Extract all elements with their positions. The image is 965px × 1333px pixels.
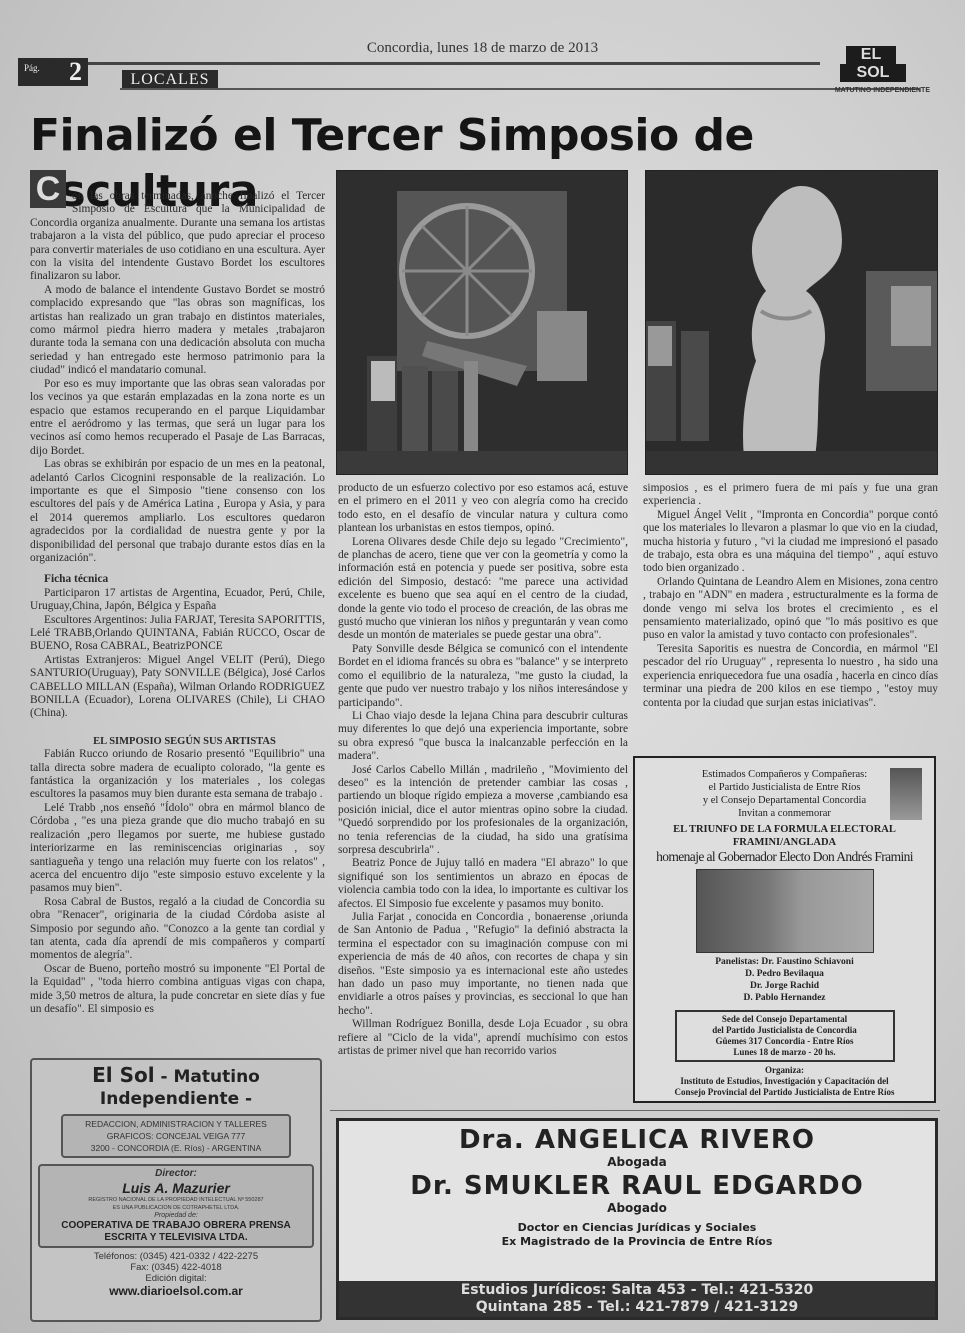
lawyer-contact-bar: Estudios Jurídicos: Salta 453 - Tel.: 42… (339, 1281, 935, 1317)
masthead-digital-label: Edición digital: (32, 1273, 320, 1284)
dropcap: C (30, 170, 66, 208)
logo-line-1: EL (846, 46, 896, 64)
masthead-phones: Teléfonos: (0345) 421-0332 / 422-2275 (32, 1251, 320, 1262)
masthead-director: Director: Luis A. Mazurier REGISTRO NACI… (38, 1164, 314, 1248)
paragraph: Por eso es muy importante que las obras … (30, 378, 325, 458)
photo-wheel-image (337, 171, 628, 475)
paragraph: Teresita Saporitis es nuestra de Concord… (643, 643, 938, 710)
logo-subtitle: MATUTINO INDEPENDIENTE (800, 87, 930, 94)
paragraph: Lelé Trabb ,nos enseñó "Ídolo" obra en m… (30, 802, 325, 896)
paragraph: Willman Rodríguez Bonilla, desde Loja Ec… (338, 1018, 628, 1058)
ad-sede-box: Sede del Consejo Departamental del Parti… (675, 1010, 895, 1062)
paragraph: simposios , es el primero fuera de mi pa… (643, 482, 938, 509)
paragraph: Lorena Olivares desde Chile dejo su lega… (338, 536, 628, 643)
paragraph: Las obras se exhibirán por espacio de un… (30, 458, 325, 565)
ad-divider (330, 1110, 940, 1111)
ad-organiza: Organiza: Instituto de Estudios, Investi… (635, 1065, 934, 1098)
ad-panelistas: Panelistas: Dr. Faustino Schiavoni D. Pe… (635, 956, 934, 1004)
section-label: LOCALES (122, 70, 218, 90)
page-number-box: Pág. 2 (18, 58, 88, 86)
paragraph: Paty Sonville desde Bélgica se comunicó … (338, 643, 628, 710)
article-column-2: producto de un esfuerzo colectivo por es… (338, 482, 628, 1058)
paragraph: A modo de balance el intendente Gustavo … (30, 284, 325, 378)
artists-heading: EL SIMPOSIO SEGÚN SUS ARTISTAS (30, 735, 325, 748)
ficha-title: Ficha técnica (30, 573, 325, 586)
paragraph: Orlando Quintana de Leandro Alem en Misi… (643, 576, 938, 643)
paragraph: Fabián Rucco oriundo de Rosario presentó… (30, 748, 325, 802)
masthead-title: El Sol - Matutino Independiente - (32, 1064, 320, 1110)
ad-thumbnail-photo (890, 768, 922, 820)
masthead-box: El Sol - Matutino Independiente - REDACC… (30, 1058, 322, 1322)
masthead-website[interactable]: www.diarioelsol.com.ar (32, 1284, 320, 1298)
masthead-address: REDACCION, ADMINISTRACION Y TALLERES GRA… (61, 1114, 291, 1158)
paragraph: Julia Farjat , conocida en Concordia , b… (338, 911, 628, 1018)
paragraph: José Carlos Cabello Millán , madrileño ,… (338, 764, 628, 858)
paragraph: producto de un esfuerzo colectivo por es… (338, 482, 628, 536)
lead-paragraph: C on las obras terminadas, anoche finali… (30, 190, 325, 284)
page-number: 2 (69, 57, 82, 86)
logo-line-2: SOL (840, 64, 906, 82)
page-label: Pág. (24, 54, 40, 82)
lawyer-title-1: Abogada (339, 1155, 935, 1169)
ficha-item: Artistas Extranjeros: Miguel Angel VELIT… (30, 654, 325, 721)
ficha-item: Escultores Argentinos: Julia FARJAT, Ter… (30, 614, 325, 654)
paragraph: Beatriz Ponce de Jujuy talló en madera "… (338, 857, 628, 911)
ficha-item: Participaron 17 artistas de Argentina, E… (30, 587, 325, 614)
photo-stone-image (646, 171, 938, 475)
ad-framini-photo (696, 869, 874, 953)
lawyer-title-2: Abogado (339, 1201, 935, 1215)
pj-event-ad: Estimados Compañeros y Compañeras: el Pa… (633, 756, 936, 1103)
paragraph: Miguel Ángel Velit , "Impronta en Concor… (643, 509, 938, 576)
photo-stone-sculpture (645, 170, 938, 475)
ad-homenaje: homenaje al Gobernador Electo Don Andrés… (635, 849, 934, 865)
article-column-3: simposios , es el primero fuera de mi pa… (643, 482, 938, 710)
paragraph: Li Chao viajo desde la lejana China para… (338, 710, 628, 764)
photo-wheel-sculpture (336, 170, 628, 475)
article-column-1: C on las obras terminadas, anoche finali… (30, 190, 325, 1016)
el-sol-logo: EL SOL (838, 46, 910, 86)
lawyer-name-2: Dr. SMUKLER RAUL EDGARDO (339, 1171, 935, 1201)
director-name: Luis A. Mazurier (40, 1180, 312, 1196)
header-rule (70, 62, 820, 65)
lawyer-ad: Dra. ANGELICA RIVERO Abogada Dr. SMUKLER… (336, 1118, 938, 1320)
paragraph: Oscar de Bueno, porteño mostró su impone… (30, 963, 325, 1017)
paragraph: Rosa Cabral de Bustos, regaló a la ciuda… (30, 896, 325, 963)
ad-triunfo: EL TRIUNFO DE LA FORMULA ELECTORAL FRAMI… (635, 823, 934, 849)
lawyer-name-1: Dra. ANGELICA RIVERO (339, 1125, 935, 1155)
lawyer-credentials: Doctor en Ciencias Jurídicas y Sociales … (339, 1221, 935, 1249)
dateline: Concordia, lunes 18 de marzo de 2013 (0, 40, 965, 57)
masthead-fax: Fax: (0345) 422-4018 (32, 1262, 320, 1273)
